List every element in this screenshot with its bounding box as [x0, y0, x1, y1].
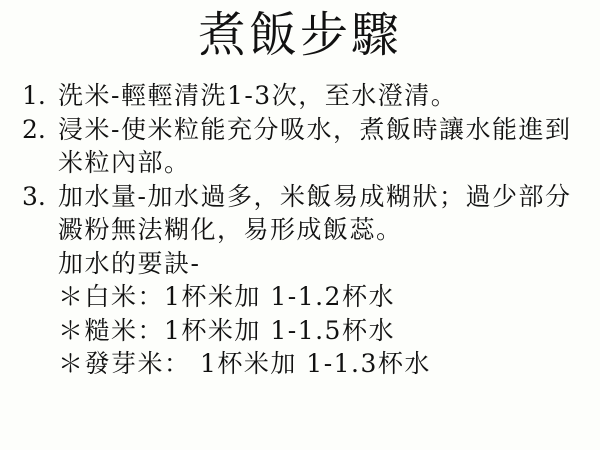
list-item-1: 1. 洗米-輕輕清洗1-3次，至水澄清。: [22, 79, 594, 113]
tips-heading: 加水的要訣-: [58, 247, 594, 281]
list-number-3: 3.: [22, 180, 58, 214]
text-line: 澱粉無法糊化，易形成飯蕊。: [58, 213, 594, 247]
text-line: 洗米-輕輕清洗1-3次，至水澄清。: [58, 79, 594, 113]
text-line: 加水量-加水過多，米飯易成糊狀；過少部分: [58, 180, 594, 214]
tip-line-germinated-rice: ＊發芽米： 1杯米加 1-1.3杯水: [58, 347, 594, 381]
list-item-3: 3. 加水量-加水過多，米飯易成糊狀；過少部分 澱粉無法糊化，易形成飯蕊。: [22, 180, 594, 247]
list-number-1: 1.: [22, 79, 58, 113]
slide-body: 1. 洗米-輕輕清洗1-3次，至水澄清。 2. 浸米-使米粒能充分吸水，煮飯時讓…: [22, 79, 594, 381]
presentation-slide: 煮飯步驟 1. 洗米-輕輕清洗1-3次，至水澄清。 2. 浸米-使米粒能充分吸水…: [0, 0, 600, 450]
list-item-2: 2. 浸米-使米粒能充分吸水，煮飯時讓水能進到 米粒內部。: [22, 113, 594, 180]
list-text-2: 浸米-使米粒能充分吸水，煮飯時讓水能進到 米粒內部。: [58, 113, 594, 180]
text-line: 浸米-使米粒能充分吸水，煮飯時讓水能進到: [58, 113, 594, 147]
tip-line-brown-rice: ＊糙米：1杯米加 1-1.5杯水: [58, 314, 594, 348]
list-number-2: 2.: [22, 113, 58, 147]
water-tips-block: 加水的要訣- ＊白米：1杯米加 1-1.2杯水 ＊糙米：1杯米加 1-1.5杯水…: [58, 247, 594, 381]
list-text-3: 加水量-加水過多，米飯易成糊狀；過少部分 澱粉無法糊化，易形成飯蕊。: [58, 180, 594, 247]
list-text-1: 洗米-輕輕清洗1-3次，至水澄清。: [58, 79, 594, 113]
tip-line-white-rice: ＊白米：1杯米加 1-1.2杯水: [58, 280, 594, 314]
text-line: 米粒內部。: [58, 146, 594, 180]
slide-title: 煮飯步驟: [0, 4, 600, 66]
